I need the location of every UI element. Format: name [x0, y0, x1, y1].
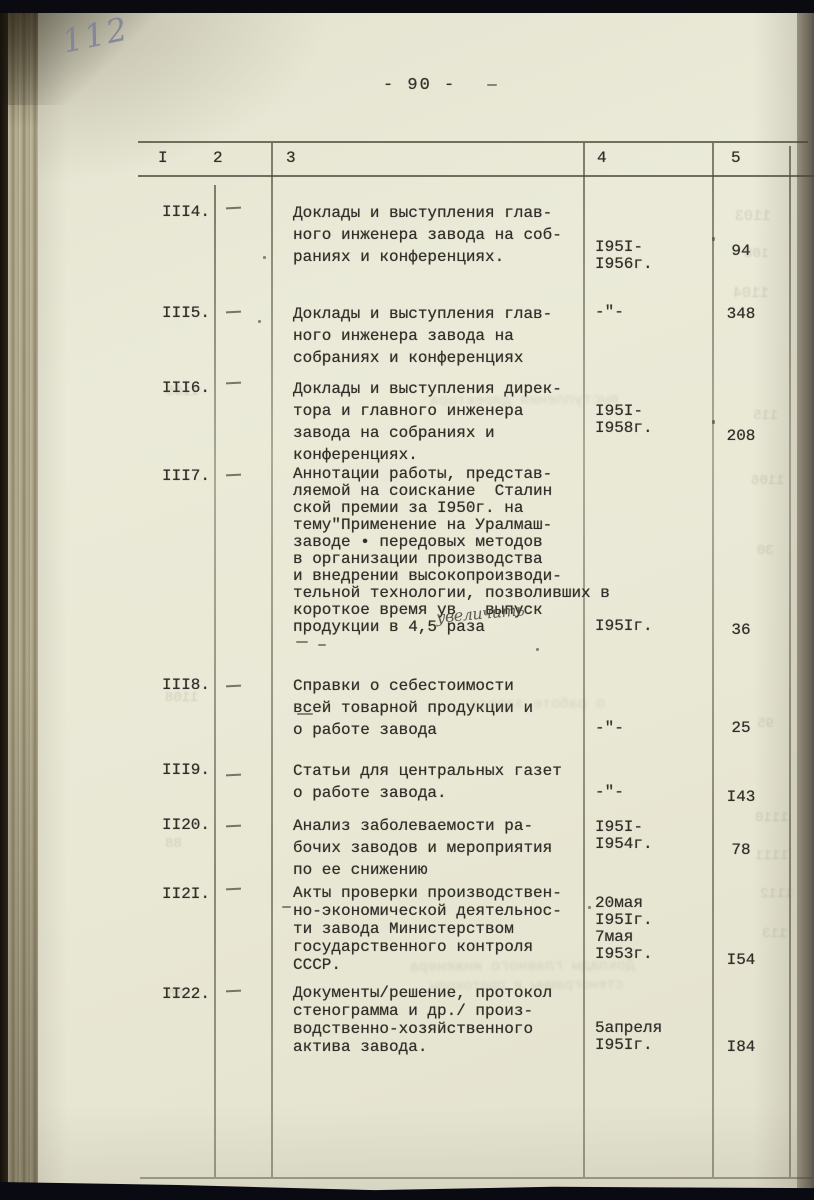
ink-speck	[712, 237, 715, 241]
ink-speck	[318, 644, 326, 646]
ink-speck	[536, 648, 539, 651]
entry-date: 5апреля I95Iг.	[595, 1020, 662, 1054]
entry-number: III7.	[162, 466, 210, 486]
bleed-through-text: 1104	[733, 285, 769, 302]
entry-pages: 36	[702, 620, 780, 640]
entry-date: I95I- I954г.	[595, 819, 653, 853]
entry-description: Документы/решение, протокол стенограмма …	[293, 984, 552, 1056]
bleed-through-text: выступления директора	[430, 391, 619, 410]
ink-speck	[263, 256, 266, 259]
page-edge-right	[797, 0, 814, 1200]
column-header-5: 5	[731, 148, 741, 168]
entry-number: III4.	[162, 202, 210, 222]
bleed-through-text: 1108	[165, 690, 199, 706]
entry-description: Доклады и выступления глав- ного инженер…	[293, 202, 562, 268]
bleed-through-text: о работе завода	[470, 695, 605, 713]
entry-date: I95Iг.	[595, 618, 653, 635]
bleed-through-text: 1106	[751, 473, 785, 489]
entry-description: Доклады и выступления глав- ного инженер…	[293, 303, 552, 369]
bleed-through-text: Доклады главного инженера	[410, 957, 635, 976]
ink-speck	[282, 906, 291, 908]
entry-description: Статьи для центральных газет о работе за…	[293, 760, 562, 804]
entry-date: -"-	[595, 784, 624, 801]
bleed-through-text: 113	[762, 926, 787, 942]
entry-pages: 348	[702, 304, 780, 324]
bleed-through-text: стенограммы и протоколы	[430, 977, 623, 995]
bleed-through-text: 88	[165, 836, 182, 852]
bleed-through-text: 86	[167, 986, 184, 1002]
entry-date: I95I- I956г.	[595, 239, 653, 273]
bleed-through-text: 1105	[166, 384, 200, 400]
column-header-3: 3	[286, 148, 296, 168]
entry-pages: 208	[702, 426, 780, 446]
ink-speck	[296, 641, 308, 643]
entry-date: 20мая I95Iг. 7мая I953г.	[595, 895, 653, 963]
ink-speck	[487, 84, 497, 86]
entry-number: II2I.	[162, 884, 210, 904]
bleed-through-text: 95	[757, 716, 774, 732]
page-stack-edge	[8, 0, 40, 1200]
entry-number: III9.	[162, 760, 210, 780]
entry-date: -"-	[595, 720, 624, 737]
ink-speck	[712, 420, 715, 424]
page-number: - 90 -	[383, 76, 456, 95]
ink-speck	[258, 320, 261, 323]
bleed-through-text: 1112	[760, 886, 794, 902]
column-header-4: 4	[597, 148, 607, 168]
bleed-through-text: 1103	[735, 208, 771, 225]
ink-speck	[588, 906, 591, 909]
ink-speck	[297, 713, 313, 715]
entry-number: II20.	[162, 815, 210, 835]
bleed-through-text: 1110	[755, 810, 789, 826]
entry-description: Анализ заболеваемости ра- бочих заводов …	[293, 815, 552, 881]
bleed-through-text: 108	[744, 246, 769, 262]
scanned-archive-page: 112 - 90 - I 2 3 4 5 III4. Доклады и выс…	[0, 0, 814, 1200]
entry-date: -"-	[595, 304, 624, 321]
bleed-through-text: 30	[757, 543, 774, 559]
column-header-2: 2	[213, 148, 223, 168]
bleed-through-text: 1111	[755, 848, 789, 864]
bleed-through-text: 115	[753, 408, 778, 424]
column-header-1: I	[158, 148, 168, 168]
entry-pages: I54	[702, 950, 780, 970]
entry-number: III5.	[162, 303, 210, 323]
entry-pages: I84	[702, 1037, 780, 1057]
entry-pages: I43	[702, 787, 780, 807]
